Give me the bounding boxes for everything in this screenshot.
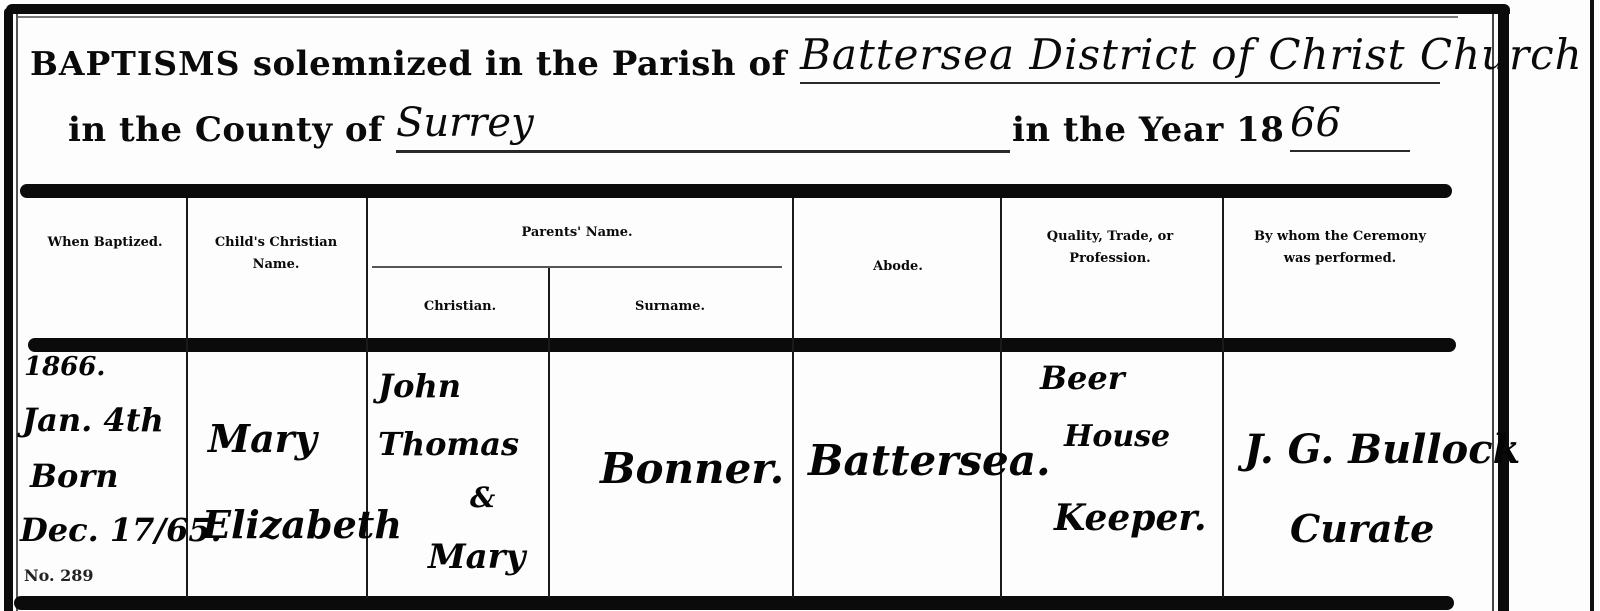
entry-number: No. 289 — [24, 566, 94, 585]
page-edge — [1590, 0, 1594, 611]
header-when-baptized: When Baptized. — [40, 232, 170, 254]
header-rule — [20, 184, 1452, 198]
header-abode: Abode. — [800, 256, 996, 278]
entry-officiant-name: J. G. Bullock — [1244, 430, 1520, 470]
county-label: in the County of — [68, 110, 383, 150]
year-fill-line — [1290, 150, 1410, 152]
frame-right-border — [1498, 8, 1509, 611]
year-value: 66 — [1290, 100, 1341, 146]
entry-born-date: Dec. 17/65. — [20, 514, 222, 546]
header-child-name: Child's Christian Name. — [196, 232, 356, 276]
county-value: Surrey — [396, 100, 534, 146]
entry-father-first-name: John — [378, 370, 461, 402]
frame-right-inner-border — [1492, 14, 1494, 611]
column-divider — [1222, 198, 1224, 598]
entry-surname: Bonner. — [600, 448, 784, 490]
year-label: in the Year 18 — [1012, 110, 1284, 150]
header-parents-surname: Surname. — [552, 296, 788, 318]
column-header-rule — [28, 338, 1456, 352]
frame-top-border — [6, 4, 1510, 14]
entry-quality-line1: Beer — [1040, 362, 1125, 394]
entry-father-second-name: Thomas — [378, 428, 519, 460]
frame-left-border — [4, 8, 13, 611]
entry-parents-ampersand: & — [470, 484, 495, 512]
entry-bottom-rule — [14, 596, 1454, 610]
parish-fill-line — [800, 82, 1440, 84]
parish-value: Battersea District of Christ Church — [800, 30, 1583, 79]
column-divider — [1000, 198, 1002, 598]
header-by-whom: By whom the Ceremony was performed. — [1240, 226, 1440, 270]
entry-mother-name: Mary — [428, 540, 525, 574]
entry-baptized-date: Jan. 4th — [22, 404, 164, 436]
header-parents-name: Parents' Name. — [372, 222, 782, 244]
entry-born-label: Born — [30, 460, 119, 492]
title-baptisms: BAPTISMS — [30, 44, 241, 83]
frame-left-inner-border — [16, 14, 18, 611]
column-divider — [548, 268, 550, 598]
county-fill-line — [396, 150, 1010, 153]
title-rest: solemnized in the Parish of — [253, 44, 787, 84]
entry-quality-line3: Keeper. — [1054, 500, 1207, 536]
entry-abode: Battersea. — [808, 440, 1051, 482]
entry-quality-line2: House — [1064, 422, 1170, 452]
entry-child-name-first: Mary — [208, 420, 317, 458]
header-parents-christian: Christian. — [372, 296, 548, 318]
entry-officiant-title: Curate — [1290, 510, 1434, 548]
entry-child-name-second: Elizabeth — [202, 506, 402, 544]
column-divider — [792, 198, 794, 598]
register-title: BAPTISMS solemnized in the Parish of — [30, 44, 787, 84]
parents-subheader-rule — [372, 266, 782, 268]
entry-year: 1866. — [24, 354, 105, 380]
baptism-register-page: BAPTISMS solemnized in the Parish of Bat… — [0, 0, 1600, 611]
header-quality: Quality, Trade, or Profession. — [1030, 226, 1190, 270]
frame-top-inner-border — [18, 16, 1458, 18]
